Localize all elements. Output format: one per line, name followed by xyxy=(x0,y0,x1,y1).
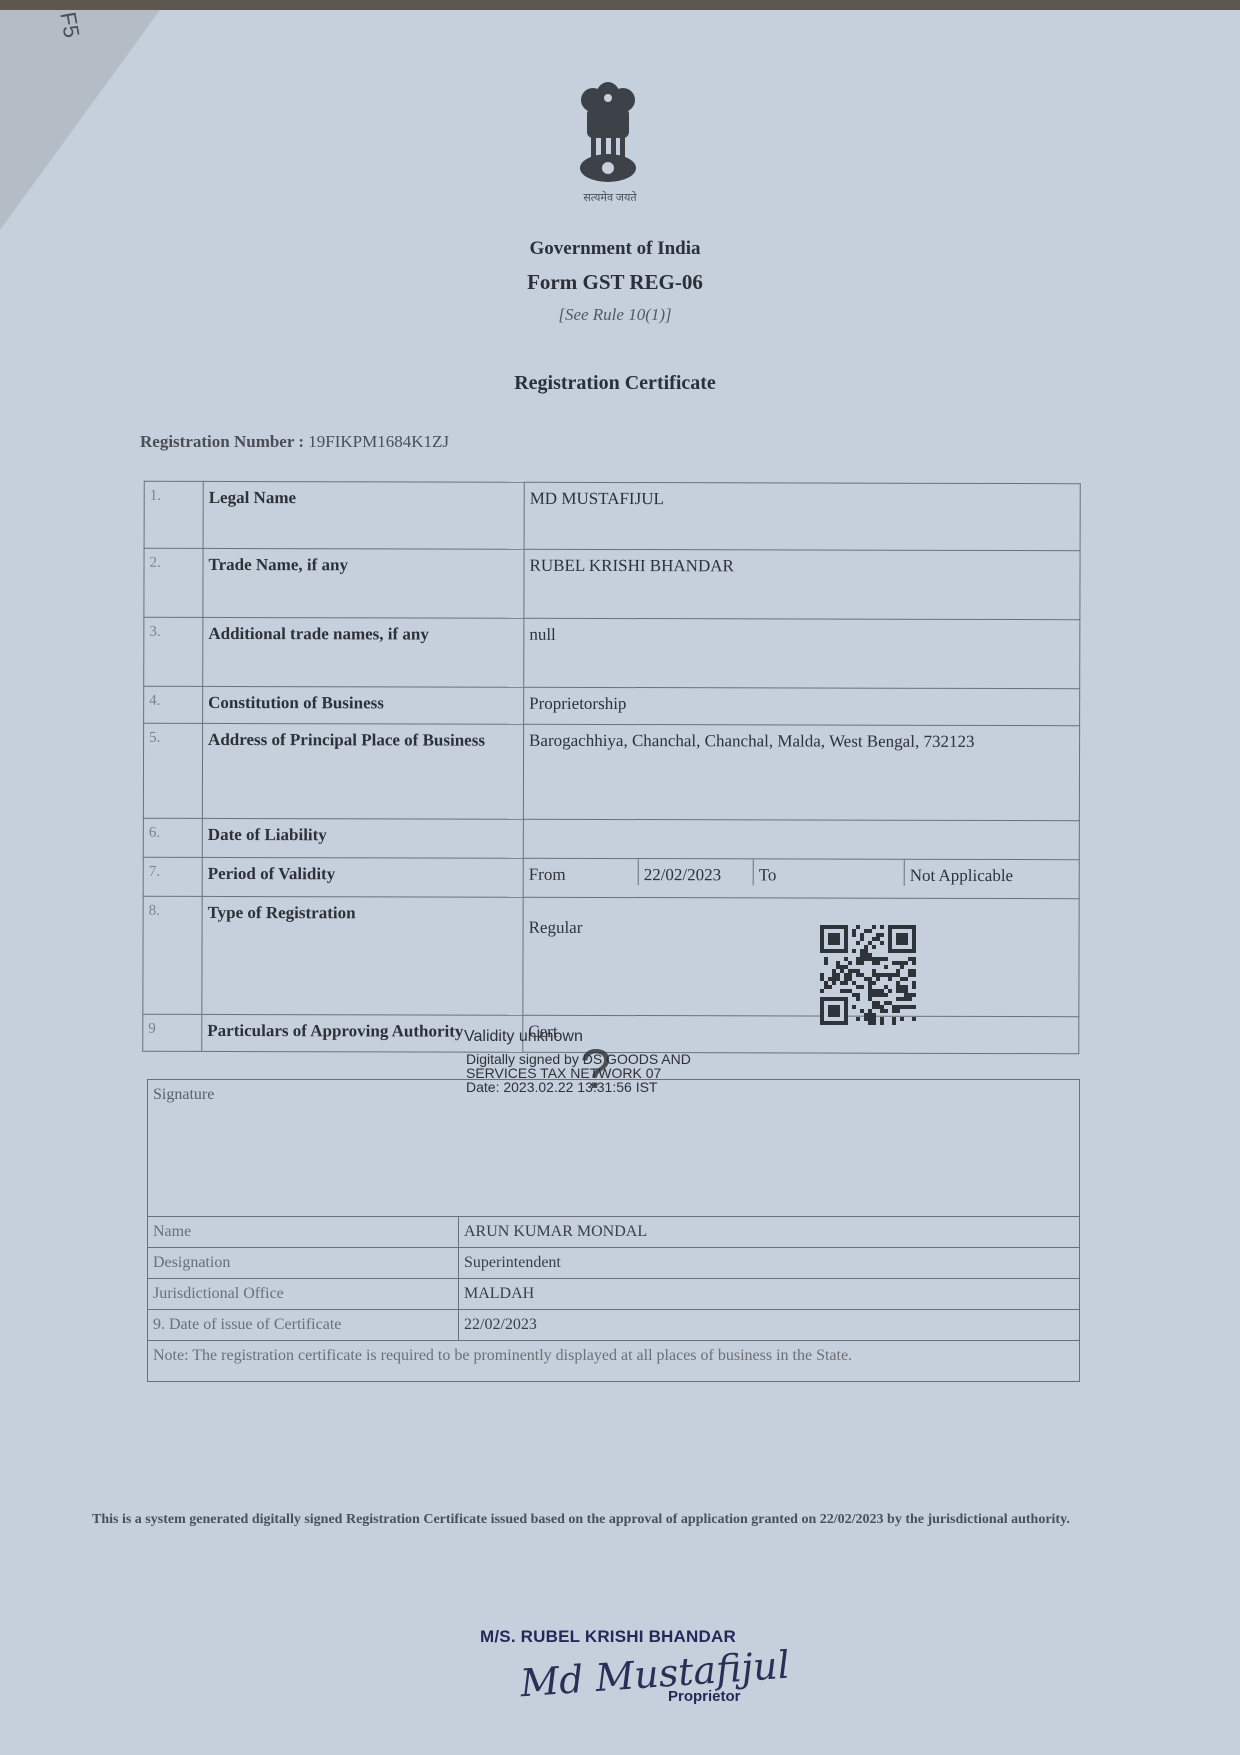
trade-name-value: RUBEL KRISHI BHANDAR xyxy=(524,549,1080,619)
qr-code-icon xyxy=(820,925,916,1025)
table-row: Jurisdictional Office MALDAH xyxy=(148,1279,1080,1310)
authority-name-value: ARUN KUMAR MONDAL xyxy=(459,1217,1080,1248)
certificate-details-table: 1. Legal Name MD MUSTAFIJUL 2. Trade Nam… xyxy=(142,481,1080,1054)
table-row: 4. Constitution of Business Proprietorsh… xyxy=(144,686,1080,725)
from-label: From xyxy=(524,859,639,885)
registration-number-value: 19FIKPM1684K1ZJ xyxy=(308,432,449,451)
row-number: 6. xyxy=(143,818,202,857)
period-of-validity: From 22/02/2023 To Not Applicable xyxy=(523,858,1079,898)
note-row: Note: The registration certificate is re… xyxy=(148,1341,1080,1382)
from-value: 22/02/2023 xyxy=(639,859,754,885)
jurisdictional-office-value: MALDAH xyxy=(459,1279,1080,1310)
signature-row: Signature xyxy=(148,1080,1080,1217)
additional-trade-names-value: null xyxy=(524,618,1080,688)
certificate-title: Registration Certificate xyxy=(0,372,1230,395)
row-number: 3. xyxy=(144,617,203,686)
firm-stamp: M/S. RUBEL KRISHI BHANDAR xyxy=(480,1627,736,1647)
proprietor-stamp: Proprietor xyxy=(668,1688,741,1705)
row-number: 1. xyxy=(144,481,203,548)
table-row: 6. Date of Liability xyxy=(143,818,1079,859)
signature-line-1: Digitally signed by DS GOODS AND xyxy=(466,1052,691,1066)
row-number: 9 xyxy=(143,1014,202,1051)
row-label: Period of Validity xyxy=(202,857,523,897)
underlying-sheet-text: F5 xyxy=(54,10,84,40)
table-row: 9. Date of issue of Certificate 22/02/20… xyxy=(148,1310,1080,1341)
row-label: Date of Liability xyxy=(202,818,523,858)
row-label: Address of Principal Place of Business xyxy=(202,723,523,819)
signature-validity: Validity unknown xyxy=(464,1030,691,1044)
signature-label: Signature xyxy=(148,1080,1080,1217)
row-label: Additional trade names, if any xyxy=(203,617,524,687)
display-note: Note: The registration certificate is re… xyxy=(148,1341,1080,1382)
row-label: Trade Name, if any xyxy=(203,548,524,618)
approving-authority-table: Signature Name ARUN KUMAR MONDAL Designa… xyxy=(147,1079,1080,1382)
registration-number-label: Registration Number : xyxy=(140,432,304,451)
system-generated-footer: This is a system generated digitally sig… xyxy=(92,1508,1142,1532)
rule-reference: [See Rule 10(1)] xyxy=(0,305,1230,325)
table-row: 8. Type of Registration Regular xyxy=(143,896,1079,1016)
row-number: 2. xyxy=(144,548,203,617)
issue-date-label: 9. Date of issue of Certificate xyxy=(148,1310,459,1341)
registration-type-text: Regular xyxy=(529,918,1074,939)
signature-line-3: Date: 2023.02.22 13:31:56 IST xyxy=(466,1080,691,1094)
row-number: 8. xyxy=(143,896,202,1014)
to-label: To xyxy=(754,859,905,885)
row-number: 7. xyxy=(143,857,202,896)
signature-line-2: SERVICES TAX NETWORK 07 xyxy=(466,1066,691,1080)
constitution-value: Proprietorship xyxy=(524,687,1080,725)
table-row: Designation Superintendent xyxy=(148,1248,1080,1279)
table-row: 7. Period of Validity From 22/02/2023 To… xyxy=(143,857,1079,898)
authority-name-label: Name xyxy=(148,1217,459,1248)
top-edge xyxy=(0,0,1240,10)
national-emblem-icon xyxy=(573,78,643,188)
government-heading: Government of India xyxy=(0,238,1230,260)
form-heading: Form GST REG-06 xyxy=(0,270,1230,295)
date-of-liability-value xyxy=(523,819,1079,859)
row-number: 4. xyxy=(144,686,203,723)
registration-number: Registration Number : 19FIKPM1684K1ZJ xyxy=(140,432,449,452)
table-row: 5. Address of Principal Place of Busines… xyxy=(143,723,1079,820)
registration-type-value: Regular xyxy=(523,897,1079,1016)
table-row: 1. Legal Name MD MUSTAFIJUL xyxy=(144,481,1080,550)
issue-date-value: 22/02/2023 xyxy=(459,1310,1080,1341)
legal-name-value: MD MUSTAFIJUL xyxy=(524,482,1080,550)
table-row: 3. Additional trade names, if any null xyxy=(144,617,1080,688)
address-value: Barogachhiya, Chanchal, Chanchal, Malda,… xyxy=(523,724,1079,820)
designation-value: Superintendent xyxy=(459,1248,1080,1279)
row-number: 5. xyxy=(143,723,202,818)
row-label: Constitution of Business xyxy=(203,686,524,724)
designation-label: Designation xyxy=(148,1248,459,1279)
table-row: 2. Trade Name, if any RUBEL KRISHI BHAND… xyxy=(144,548,1080,619)
jurisdictional-office-label: Jurisdictional Office xyxy=(148,1279,459,1310)
digital-signature-block: Validity unknown Digitally signed by DS … xyxy=(466,1030,691,1094)
row-label: Type of Registration xyxy=(202,896,523,1015)
to-value: Not Applicable xyxy=(905,860,1079,886)
row-label: Legal Name xyxy=(203,481,524,549)
emblem-motto: सत्यमेव जयते xyxy=(560,190,660,205)
table-row: Name ARUN KUMAR MONDAL xyxy=(148,1217,1080,1248)
